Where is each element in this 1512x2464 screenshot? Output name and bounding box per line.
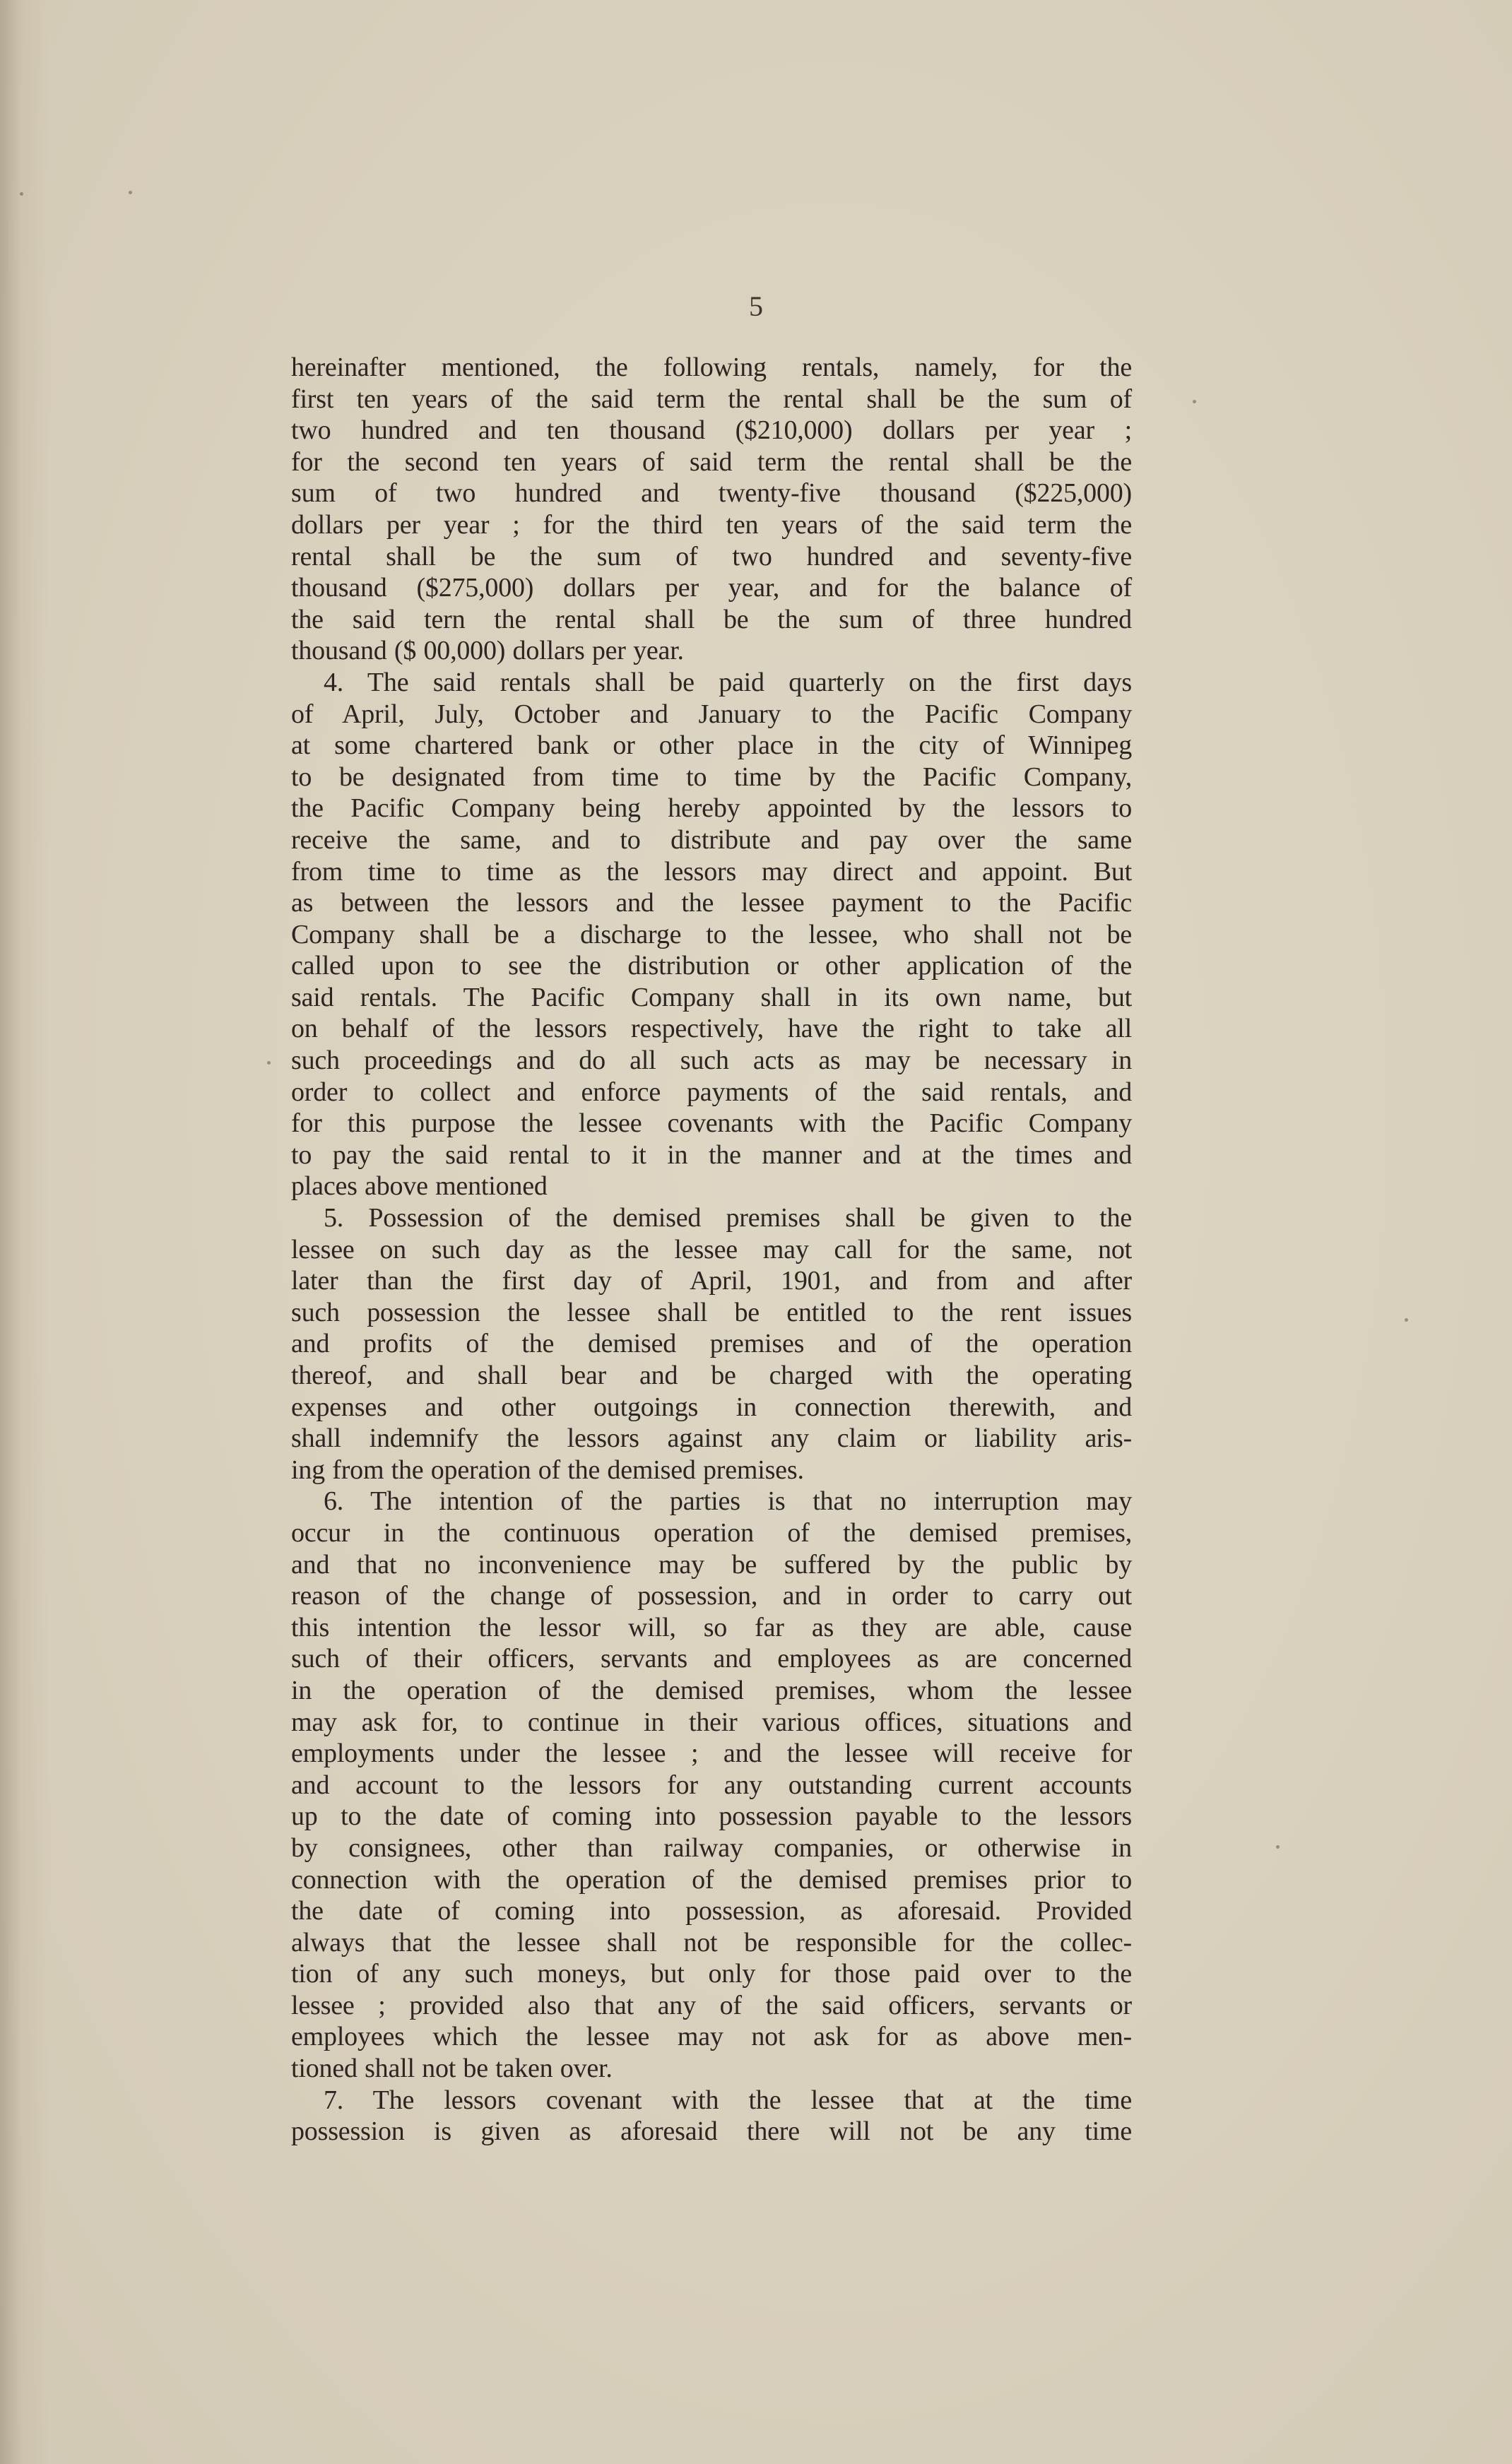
text-line: places above mentioned [291,1171,1132,1202]
text-line: for this purpose the lessee covenants wi… [291,1108,1132,1139]
paper-speck [1193,400,1196,403]
text-line: the date of coming into possession, as a… [291,1895,1132,1927]
text-line: sum of two hundred and twenty-five thous… [291,478,1132,509]
text-line: possession is given as aforesaid there w… [291,2116,1132,2148]
text-line: as between the lessors and the lessee pa… [291,887,1132,919]
text-line: occur in the continuous operation of the… [291,1517,1132,1549]
scanned-page: 5 hereinafter mentioned, the following r… [0,0,1512,2464]
text-line: tion of any such moneys, but only for th… [291,1958,1132,1990]
page-number: 5 [0,290,1512,323]
text-line: at some chartered bank or other place in… [291,730,1132,762]
text-line: by consignees, other than railway compan… [291,1832,1132,1864]
paper-speck [1405,1318,1408,1322]
text-line: such of their officers, servants and emp… [291,1643,1132,1675]
text-line: called upon to see the distribution or o… [291,950,1132,982]
text-line: connection with the operation of the dem… [291,1864,1132,1896]
paragraph-clause-7: 7. The lessors covenant with the lessee … [291,2085,1132,2148]
text-line: expenses and other outgoings in connecti… [291,1392,1132,1423]
text-line: employees which the lessee may not ask f… [291,2021,1132,2053]
text-line: two hundred and ten thousand ($210,000) … [291,415,1132,446]
text-line: hereinafter mentioned, the following ren… [291,352,1132,384]
text-line: and profits of the demised premises and … [291,1328,1132,1360]
text-line: tioned shall not be taken over. [291,2053,1132,2085]
paragraph-clause-4: 4. The said rentals shall be paid quarte… [291,667,1132,1202]
paragraph-continuation: hereinafter mentioned, the following ren… [291,352,1132,667]
text-line: on behalf of the lessors respectively, h… [291,1013,1132,1045]
text-line: 7. The lessors covenant with the lessee … [291,2085,1132,2116]
body-text: hereinafter mentioned, the following ren… [291,352,1132,2148]
paper-speck [129,191,132,194]
paper-speck [1276,1845,1280,1849]
text-line: such possession the lessee shall be enti… [291,1297,1132,1329]
text-line: to pay the said rental to it in the mann… [291,1139,1132,1171]
text-line: employments under the lessee ; and the l… [291,1738,1132,1770]
text-line: and that no inconvenience may be suffere… [291,1549,1132,1581]
paper-speck [20,192,23,196]
text-line: order to collect and enforce payments of… [291,1077,1132,1108]
text-line: 6. The intention of the parties is that … [291,1486,1132,1517]
text-line: up to the date of coming into possession… [291,1801,1132,1832]
paper-speck [267,1061,271,1065]
text-line: may ask for, to continue in their variou… [291,1707,1132,1739]
text-line: later than the first day of April, 1901,… [291,1265,1132,1297]
text-line: 5. Possession of the demised premises sh… [291,1202,1132,1234]
text-line: the Pacific Company being hereby appoint… [291,793,1132,824]
text-line: this intention the lessor will, so far a… [291,1612,1132,1644]
text-line: 4. The said rentals shall be paid quarte… [291,667,1132,699]
text-line: reason of the change of possession, and … [291,1580,1132,1612]
text-line: Company shall be a discharge to the less… [291,919,1132,951]
text-line: and account to the lessors for any outst… [291,1770,1132,1801]
text-line: from time to time as the lessors may dir… [291,856,1132,888]
text-line: thousand ($275,000) dollars per year, an… [291,572,1132,604]
text-line: first ten years of the said term the ren… [291,384,1132,415]
text-line: in the operation of the demised premises… [291,1675,1132,1707]
text-line: dollars per year ; for the third ten yea… [291,509,1132,541]
text-line: thereof, and shall bear and be charged w… [291,1360,1132,1392]
text-line: for the second ten years of said term th… [291,446,1132,478]
text-line: shall indemnify the lessors against any … [291,1423,1132,1455]
text-line: ing from the operation of the demised pr… [291,1455,1132,1486]
text-line: rental shall be the sum of two hundred a… [291,541,1132,573]
paragraph-clause-5: 5. Possession of the demised premises sh… [291,1202,1132,1486]
text-line: of April, July, October and January to t… [291,699,1132,730]
text-line: always that the lessee shall not be resp… [291,1927,1132,1959]
paragraph-clause-6: 6. The intention of the parties is that … [291,1486,1132,2084]
text-line: lessee on such day as the lessee may cal… [291,1234,1132,1266]
text-line: lessee ; provided also that any of the s… [291,1990,1132,2022]
text-line: to be designated from time to time by th… [291,762,1132,793]
text-line: said rentals. The Pacific Company shall … [291,982,1132,1014]
text-line: receive the same, and to distribute and … [291,824,1132,856]
text-line: such proceedings and do all such acts as… [291,1045,1132,1077]
text-line: thousand ($ 00,000) dollars per year. [291,635,1132,667]
text-line: the said tern the rental shall be the su… [291,604,1132,636]
